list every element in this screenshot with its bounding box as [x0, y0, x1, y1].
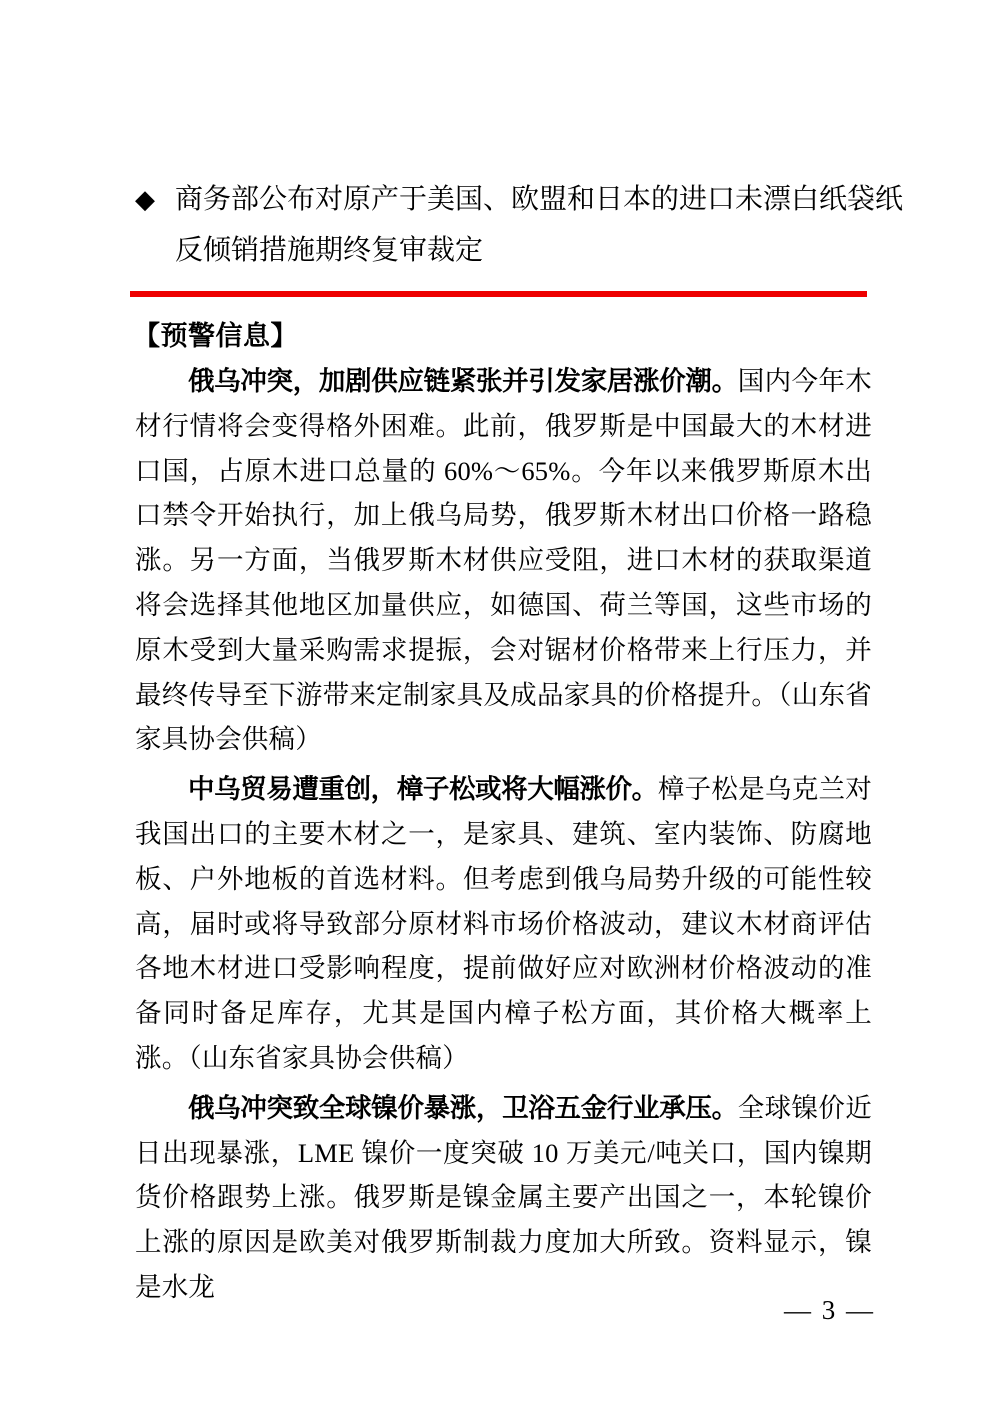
- headline-text-1: 商务部公布对原产于美国、欧盟和日本的进口未漂白纸袋纸: [175, 184, 903, 215]
- page-number: — 3 —: [782, 1293, 877, 1327]
- headline-text-2: 反倾销措施期终复审裁定: [175, 235, 483, 266]
- alert-paragraph: 俄乌冲突，加剧供应链紧张并引发家居涨价潮。国内今年木材行情将会变得格外困难。此前…: [135, 359, 872, 762]
- document-page: ◆商务部公布对原产于美国、欧盟和日本的进口未漂白纸袋纸 反倾销措施期终复审裁定 …: [0, 0, 991, 1402]
- paragraph-body: 樟子松是乌克兰对我国出口的主要木材之一，是家具、建筑、室内装饰、防腐地板、户外地…: [135, 774, 872, 1073]
- headline-line-1: ◆商务部公布对原产于美国、欧盟和日本的进口未漂白纸袋纸: [135, 174, 875, 225]
- diamond-bullet-icon: ◆: [135, 174, 175, 225]
- paragraph-body: 全球镍价近日出现暴涨，LME 镍价一度突破 10 万美元/吨关口，国内镍期货价格…: [135, 1093, 872, 1302]
- red-divider-rule: [130, 291, 867, 297]
- alert-paragraph: 中乌贸易遭重创，樟子松或将大幅涨价。樟子松是乌克兰对我国出口的主要木材之一，是家…: [135, 767, 872, 1081]
- alert-paragraph: 俄乌冲突致全球镍价暴涨，卫浴五金行业承压。全球镍价近日出现暴涨，LME 镍价一度…: [135, 1086, 872, 1310]
- alert-section-body: 俄乌冲突，加剧供应链紧张并引发家居涨价潮。国内今年木材行情将会变得格外困难。此前…: [135, 359, 872, 1315]
- paragraph-body: 国内今年木材行情将会变得格外困难。此前，俄罗斯是中国最大的木材进口国，占原木进口…: [135, 366, 872, 754]
- paragraph-lead: 俄乌冲突，加剧供应链紧张并引发家居涨价潮。: [188, 366, 738, 396]
- paragraph-lead: 中乌贸易遭重创，樟子松或将大幅涨价。: [188, 774, 658, 804]
- section-header-alert-info: 【预警信息】: [133, 318, 298, 354]
- headline-line-2: 反倾销措施期终复审裁定: [135, 225, 875, 276]
- paragraph-lead: 俄乌冲突致全球镍价暴涨，卫浴五金行业承压。: [188, 1093, 738, 1123]
- headline-bullet-item: ◆商务部公布对原产于美国、欧盟和日本的进口未漂白纸袋纸 反倾销措施期终复审裁定: [135, 174, 875, 276]
